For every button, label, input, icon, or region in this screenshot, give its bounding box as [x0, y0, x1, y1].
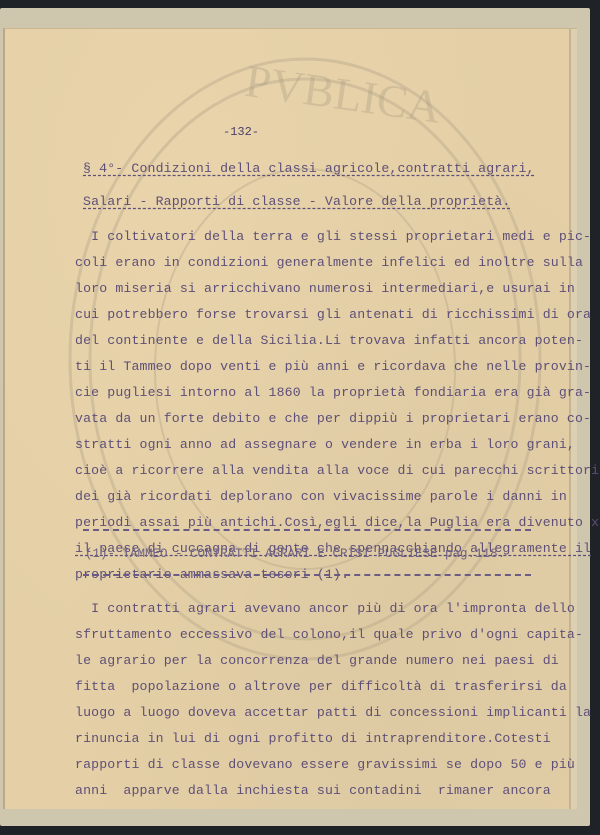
text-line: sfruttamento eccessivo del colono,il qua…: [75, 627, 583, 642]
svg-text:PVBLICA: PVBLICA: [242, 55, 444, 133]
section-heading-line-1: § 4°- Condizioni della classi agricole,c…: [83, 161, 535, 176]
footnote: (1)- TAMMEO - CONTRATTI AGRARI E CRISI P…: [85, 547, 505, 561]
text-line: luogo a luogo doveva accettar patti di c…: [75, 705, 591, 720]
text-line: rapporti di classe dovevano essere gravi…: [75, 757, 575, 772]
text-line: cioè a ricorrere alla vendita alla voce …: [75, 463, 599, 478]
text-line: ti il Tammeo dopo venti e più anni e ric…: [75, 359, 591, 374]
text-line: periodi assai più antichi.Così,egli dice…: [75, 515, 599, 530]
footnote-rule-top: [83, 529, 531, 531]
text-line: fitta popolazione o altrove per difficol…: [75, 679, 567, 694]
footnote-rule-bottom: [83, 574, 531, 576]
library-stamp-watermark: PVBLICA: [45, 29, 565, 729]
text-line: anni apparve dalla inchiesta sui contadi…: [75, 783, 551, 798]
text-line: stratti ogni anno ad assegnare o vendere…: [75, 437, 575, 452]
text-line: I coltivatori della terra e gli stessi p…: [75, 229, 591, 244]
text-line: coli erano in condizioni generalmente in…: [75, 255, 583, 270]
page-number: -132-: [223, 125, 259, 139]
text-line: I contratti agrari avevano ancor più di …: [75, 601, 575, 616]
text-line: del continente e della Sicilia.Li trovav…: [75, 333, 583, 348]
text-line: cie pugliesi intorno al 1860 la propriet…: [75, 385, 591, 400]
text-line: rinuncia in lui di ogni profitto di intr…: [75, 731, 551, 746]
section-heading-line-2: Salari - Rapporti di classe - Valore del…: [83, 194, 510, 209]
text-line: le agrario per la concorrenza del grande…: [75, 653, 559, 668]
text-line: dei già ricordati deplorano con vivaciss…: [75, 489, 567, 504]
text-line: vata da un forte debito e che per dippiù…: [75, 411, 591, 426]
document-page: PVBLICA -132- § 4°- Condizioni della cla…: [3, 28, 577, 809]
text-line: cui potrebbero forse trovarsi gli antena…: [75, 307, 591, 322]
text-line: loro miseria si arricchivano numerosi in…: [75, 281, 575, 296]
